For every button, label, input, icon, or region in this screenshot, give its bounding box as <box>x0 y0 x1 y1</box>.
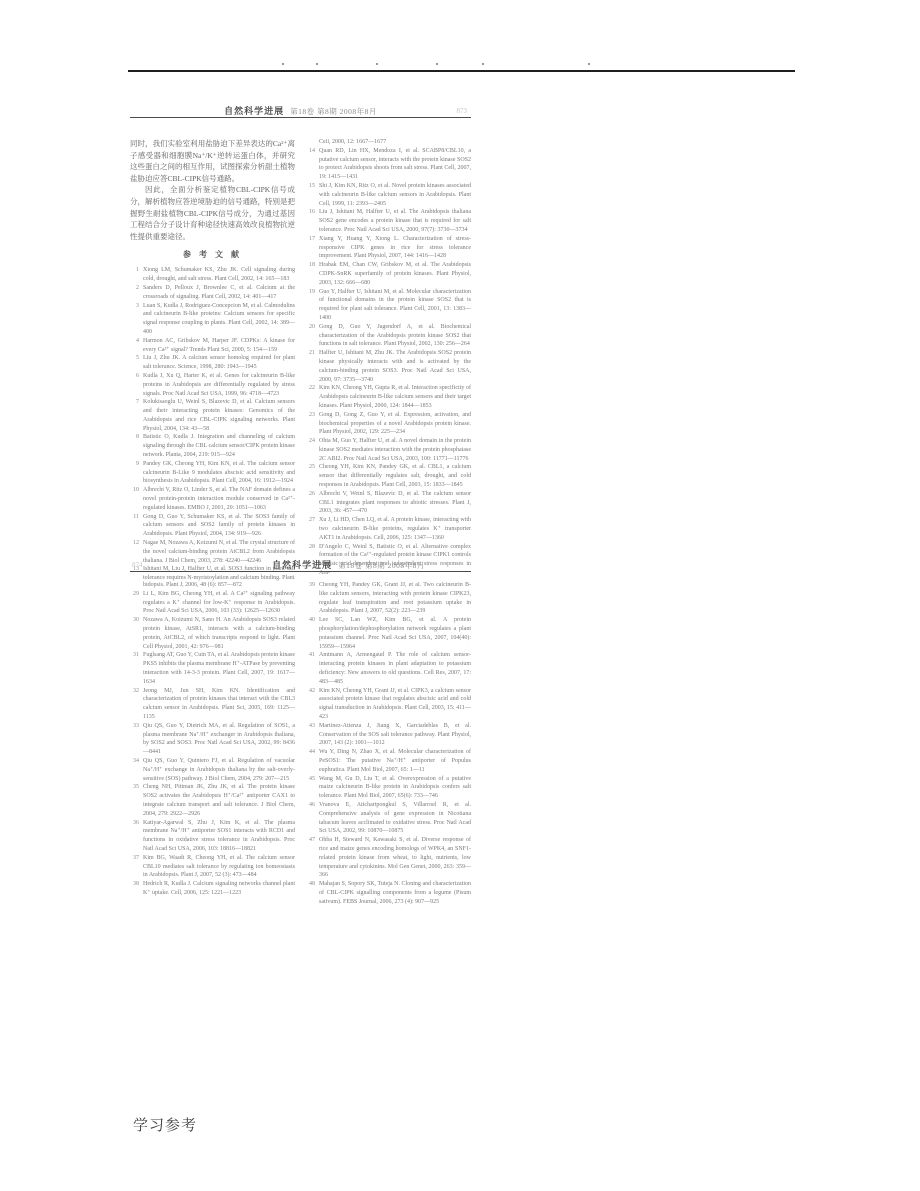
reference-item: 44Wu Y, Ding N, Zhao X, et al. Molecular… <box>306 748 471 774</box>
reference-item: 36Katiyar-Agarwal S, Zhu J, Kim K, et al… <box>130 819 295 854</box>
reference-number: 45 <box>306 775 315 801</box>
reference-item: 22Kim KN, Cheong YH, Gupta R, et al. Int… <box>306 384 471 410</box>
reference-item: 39Cheong YH, Pandey GK, Grant JJ, et al.… <box>306 581 471 616</box>
reference-number: 32 <box>130 687 139 722</box>
reference-text: Pandey GK, Cheong YH, Kim KN, et al. The… <box>143 460 295 486</box>
reference-text: Liu J, Zhu JK. A calcium sensor homolog … <box>143 354 295 372</box>
reference-item: 42Kim KN, Cheong YH, Grant JJ, et al. CI… <box>306 687 471 722</box>
ruler-mark-dot <box>482 63 484 65</box>
reference-number: 17 <box>306 235 315 261</box>
references-heading: 参 考 文 献 <box>130 249 295 260</box>
reference-text: Quan RD, Lin HX, Mendoza I, et al. SCABP… <box>319 147 471 182</box>
reference-text: Gong D, Guo Y, Schumaker KS, et al. The … <box>143 513 295 539</box>
reference-number: 27 <box>306 516 315 542</box>
reference-item: 25Cheong YH, Kim KN, Pandey GK, et al. C… <box>306 463 471 489</box>
reference-item: 16Liu J, Ishitani M, Halfter U, et al. T… <box>306 208 471 234</box>
page2-right-column: 39Cheong YH, Pandey GK, Grant JJ, et al.… <box>306 581 471 906</box>
ruler-mark-dot <box>436 63 438 65</box>
reference-item: 38Hedrich R, Kudla J. Calcium signaling … <box>130 880 295 898</box>
reference-item: 6Kudla J, Xu Q, Harter K, et al. Genes f… <box>130 372 295 398</box>
page1-header: 自然科学进展 第18卷 第8期 2008年8月 873 <box>130 104 471 118</box>
journal-issue-info: 第18卷 第8期 2008年8月 <box>338 560 425 571</box>
page-1: 自然科学进展 第18卷 第8期 2008年8月 873 同时，我们实验室利用盐胁… <box>130 104 471 583</box>
reference-text: Lee SC, Lan WZ, Kim BG, et al. A protein… <box>319 616 471 651</box>
ruler-mark-dot <box>282 63 284 65</box>
reference-item: 34Qiu QS, Guo Y, Quintero FJ, et al. Reg… <box>130 757 295 783</box>
reference-item: 37Kim BG, Waadt R, Cheong YH, et al. The… <box>130 854 295 880</box>
reference-number: 15 <box>306 182 315 208</box>
reference-text: Nozawa A, Koizumi N, Sano H. An Arabidop… <box>143 616 295 651</box>
reference-item: 7Kolukisaoglu U, Weinl S, Blazevic D, et… <box>130 398 295 433</box>
reference-number: 30 <box>130 616 139 651</box>
reference-text: Luan S, Kudla J, Rodriguez-Concepcion M,… <box>143 302 295 337</box>
page1-left-column: 同时，我们实验室利用盐胁迫下差异表达的Ca²⁺离子感受器和细胞膜Na⁺/K⁺逆转… <box>130 138 295 583</box>
reference-number: 41 <box>306 651 315 686</box>
reference-number: 35 <box>130 783 139 818</box>
reference-text: Wang M, Gu D, Liu T, et al. Overexpressi… <box>319 775 471 801</box>
ruler-mark-dot <box>316 63 318 65</box>
reference-number: 47 <box>306 836 315 880</box>
reference-text: Martinez-Atienza J, Jiang X, Garciadebla… <box>319 722 471 748</box>
reference-number: 39 <box>306 581 315 616</box>
reference-item: 9Pandey GK, Cheong YH, Kim KN, et al. Th… <box>130 460 295 486</box>
reference-item: 21Halfter U, Ishitani M, Zhu JK. The Ara… <box>306 349 471 384</box>
reference-text: Sanders D, Pelloux J, Brownlee C, et al.… <box>143 284 295 302</box>
reference-number: 22 <box>306 384 315 410</box>
reference-text: Fuglsang AT, Guo Y, Cuin TA, et al. Arab… <box>143 651 295 686</box>
reference-item: 14Quan RD, Lin HX, Mendoza I, et al. SCA… <box>306 147 471 182</box>
reference-number: 10 <box>130 486 139 512</box>
reference-number: 21 <box>306 349 315 384</box>
reference-text: Xiang Y, Huang Y, Xiong L. Characterizat… <box>319 235 471 261</box>
reference-number: 31 <box>130 651 139 686</box>
reference-text: Xiong LM, Schumaker KS, Zhu JK. Cell sig… <box>143 266 295 284</box>
reference-text: Li L, Kim BG, Cheong YH, et al. A Ca²⁺ s… <box>143 590 295 616</box>
reference-number: 29 <box>130 590 139 616</box>
page1-columns: 同时，我们实验室利用盐胁迫下差异表达的Ca²⁺离子感受器和细胞膜Na⁺/K⁺逆转… <box>130 138 471 583</box>
page1-page-number: 873 <box>457 107 468 115</box>
reference-item: 17Xiang Y, Huang Y, Xiong L. Characteriz… <box>306 235 471 261</box>
ruler-mark-dot <box>376 63 378 65</box>
journal-title: 自然科学进展 <box>272 558 332 571</box>
reference-item: 23Gong D, Gong Z, Guo Y, et al. Expressi… <box>306 411 471 437</box>
reference-number: 48 <box>306 880 315 906</box>
reference-number: 40 <box>306 616 315 651</box>
reference-number: 46 <box>306 801 315 836</box>
reference-item: 2Sanders D, Pelloux J, Brownlee C, et al… <box>130 284 295 302</box>
reference-item: 47Ohba H, Steward N, Kawasaki S, et al. … <box>306 836 471 880</box>
reference-item: 30Nozawa A, Koizumi N, Sano H. An Arabid… <box>130 616 295 651</box>
reference-text: Cheong YH, Pandey GK, Grant JJ, et al. T… <box>319 581 471 616</box>
reference-text: Wu Y, Ding N, Zhao X, et al. Molecular c… <box>319 748 471 774</box>
reference-number: 1 <box>130 266 139 284</box>
reference-number: 7 <box>130 398 139 433</box>
reference-number: 26 <box>306 490 315 516</box>
reference-text: Halfter U, Ishitani M, Zhu JK. The Arabi… <box>319 349 471 384</box>
reference-item: 11Gong D, Guo Y, Schumaker KS, et al. Th… <box>130 513 295 539</box>
body-paragraph: 同时，我们实验室利用盐胁迫下差异表达的Ca²⁺离子感受器和细胞膜Na⁺/K⁺逆转… <box>130 138 295 184</box>
reference-number: 37 <box>130 854 139 880</box>
reference-text: Ohba H, Steward N, Kawasaki S, et al. Di… <box>319 836 471 880</box>
reference-text: Xu J, Li HD, Chen LQ, et al. A protein k… <box>319 516 471 542</box>
reference-text: Cell, 2000, 12: 1667—1677 <box>319 138 471 147</box>
reference-text: Hedrich R, Kudla J. Calcium signaling ne… <box>143 880 295 898</box>
reference-text: Katiyar-Agarwal S, Zhu J, Kim K, et al. … <box>143 819 295 854</box>
reference-item: 8Batistic O, Kudla J. Integration and ch… <box>130 433 295 459</box>
journal-title: 自然科学进展 <box>224 104 284 117</box>
page2-page-number: 874 <box>132 561 143 569</box>
page-2: 874 自然科学进展 第18卷 第8期 2008年8月 bidopsis. Pl… <box>130 558 471 906</box>
reference-item: 29Li L, Kim BG, Cheong YH, et al. A Ca²⁺… <box>130 590 295 616</box>
reference-item: 32Jeong MJ, Jun SH, Kim KN. Identificati… <box>130 687 295 722</box>
reference-item: 41Amtmann A, Armengaud P. The role of ca… <box>306 651 471 686</box>
reference-item: 31Fuglsang AT, Guo Y, Cuin TA, et al. Ar… <box>130 651 295 686</box>
reference-item: 20Gong D, Guo Y, Jagendorf A, et al. Bio… <box>306 323 471 349</box>
reference-item: 27Xu J, Li HD, Chen LQ, et al. A protein… <box>306 516 471 542</box>
reference-continuation: bidopsis. Plant J, 2006, 48 (6): 857—872 <box>130 581 295 590</box>
reference-text: Vranova E, Atichartpongkul S, Villarroel… <box>319 801 471 836</box>
reference-number: 16 <box>306 208 315 234</box>
reference-number: 42 <box>306 687 315 722</box>
page2-left-column: bidopsis. Plant J, 2006, 48 (6): 857—872… <box>130 581 295 906</box>
reference-text: Mahajan S, Sopory SK, Tuteja N. Cloning … <box>319 880 471 906</box>
reference-item: 33Qiu QS, Guo Y, Dietrich MA, et al. Reg… <box>130 722 295 757</box>
reference-continuation: Cell, 2000, 12: 1667—1677 <box>306 138 471 147</box>
reference-number: 24 <box>306 437 315 463</box>
reference-text: Gong D, Gong Z, Guo Y, et al. Expression… <box>319 411 471 437</box>
reference-text: Guo Y, Halfter U, Ishitani M, et al. Mol… <box>319 288 471 323</box>
reference-item: 40Lee SC, Lan WZ, Kim BG, et al. A prote… <box>306 616 471 651</box>
reference-item: 5Liu J, Zhu JK. A calcium sensor homolog… <box>130 354 295 372</box>
reference-item: 48Mahajan S, Sopory SK, Tuteja N. Clonin… <box>306 880 471 906</box>
reference-text: Qiu QS, Guo Y, Dietrich MA, et al. Regul… <box>143 722 295 757</box>
reference-text: Cheong YH, Kim KN, Pandey GK, et al. CBL… <box>319 463 471 489</box>
reference-item: 24Ohta M, Guo Y, Halfter U, et al. A nov… <box>306 437 471 463</box>
reference-text: Kim KN, Cheong YH, Gupta R, et al. Inter… <box>319 384 471 410</box>
reference-number: 19 <box>306 288 315 323</box>
reference-number <box>130 581 139 590</box>
journal-issue-info: 第18卷 第8期 2008年8月 <box>290 106 377 117</box>
reference-number: 14 <box>306 147 315 182</box>
reference-number: 33 <box>130 722 139 757</box>
reference-text: Kim BG, Waadt R, Cheong YH, et al. The c… <box>143 854 295 880</box>
reference-item: 10Albrecht V, Ritz O, Linder S, et al. T… <box>130 486 295 512</box>
page2-columns: bidopsis. Plant J, 2006, 48 (6): 857—872… <box>130 581 471 906</box>
scan-smudge <box>785 60 793 66</box>
header-separator-rule <box>128 70 795 72</box>
reference-number: 6 <box>130 372 139 398</box>
watermark-text: 学习参考 <box>133 1114 197 1135</box>
reference-number: 38 <box>130 880 139 898</box>
reference-text: Albrecht V, Ritz O, Linder S, et al. The… <box>143 486 295 512</box>
reference-number: 4 <box>130 337 139 355</box>
reference-number: 8 <box>130 433 139 459</box>
reference-number: 9 <box>130 460 139 486</box>
reference-item: 3Luan S, Kudla J, Rodriguez-Concepcion M… <box>130 302 295 337</box>
reference-text: Liu J, Ishitani M, Halfter U, et al. The… <box>319 208 471 234</box>
reference-text: Cheng NH, Pittman JK, Zhu JK, et al. The… <box>143 783 295 818</box>
reference-text: Shi J, Kim KN, Ritz O, et al. Novel prot… <box>319 182 471 208</box>
page1-right-column: Cell, 2000, 12: 1667—167714Quan RD, Lin … <box>306 138 471 583</box>
reference-number: 36 <box>130 819 139 854</box>
reference-text: Batistic O, Kudla J. Integration and cha… <box>143 433 295 459</box>
body-paragraph: 因此，全面分析鉴定植物CBL-CIPK信号成分，解析植物应答逆境胁迫的信号通路，… <box>130 184 295 242</box>
reference-item: 35Cheng NH, Pittman JK, Zhu JK, et al. T… <box>130 783 295 818</box>
reference-number: 3 <box>130 302 139 337</box>
reference-number: 20 <box>306 323 315 349</box>
reference-number: 11 <box>130 513 139 539</box>
reference-text: Qiu QS, Guo Y, Quintero FJ, et al. Regul… <box>143 757 295 783</box>
reference-number: 34 <box>130 757 139 783</box>
reference-item: 43Martinez-Atienza J, Jiang X, Garciadeb… <box>306 722 471 748</box>
reference-number: 18 <box>306 261 315 287</box>
reference-number: 23 <box>306 411 315 437</box>
reference-number: 43 <box>306 722 315 748</box>
reference-item: 15Shi J, Kim KN, Ritz O, et al. Novel pr… <box>306 182 471 208</box>
reference-text: Kudla J, Xu Q, Harter K, et al. Genes fo… <box>143 372 295 398</box>
reference-number: 25 <box>306 463 315 489</box>
ruler-mark-dot <box>588 63 590 65</box>
reference-text: Jeong MJ, Jun SH, Kim KN. Identification… <box>143 687 295 722</box>
reference-text: Kolukisaoglu U, Weinl S, Blazevic D, et … <box>143 398 295 433</box>
reference-item: 19Guo Y, Halfter U, Ishitani M, et al. M… <box>306 288 471 323</box>
reference-item: 26Albrecht V, Weinl S, Blazevic D, et al… <box>306 490 471 516</box>
page2-header: 874 自然科学进展 第18卷 第8期 2008年8月 <box>130 558 471 572</box>
reference-text: Albrecht V, Weinl S, Blazevic D, et al. … <box>319 490 471 516</box>
reference-item: 18Hrabak EM, Chan CW, Gribskov M, et al.… <box>306 261 471 287</box>
reference-number <box>306 138 315 147</box>
reference-item: 4Harmon AC, Gribskov M, Harper JF. CDPKs… <box>130 337 295 355</box>
reference-text: Ohta M, Guo Y, Halfter U, et al. A novel… <box>319 437 471 463</box>
reference-number: 2 <box>130 284 139 302</box>
reference-number: 44 <box>306 748 315 774</box>
reference-text: Hrabak EM, Chan CW, Gribskov M, et al. T… <box>319 261 471 287</box>
reference-item: 1Xiong LM, Schumaker KS, Zhu JK. Cell si… <box>130 266 295 284</box>
reference-number: 5 <box>130 354 139 372</box>
page2-header-center: 自然科学进展 第18卷 第8期 2008年8月 <box>272 558 425 571</box>
reference-text: Kim KN, Cheong YH, Grant JJ, et al. CIPK… <box>319 687 471 722</box>
reference-text: Amtmann A, Armengaud P. The role of calc… <box>319 651 471 686</box>
reference-item: 45Wang M, Gu D, Liu T, et al. Overexpres… <box>306 775 471 801</box>
reference-text: bidopsis. Plant J, 2006, 48 (6): 857—872 <box>143 581 295 590</box>
reference-item: 46Vranova E, Atichartpongkul S, Villarro… <box>306 801 471 836</box>
reference-text: Harmon AC, Gribskov M, Harper JF. CDPKs:… <box>143 337 295 355</box>
reference-text: Gong D, Guo Y, Jagendorf A, et al. Bioch… <box>319 323 471 349</box>
